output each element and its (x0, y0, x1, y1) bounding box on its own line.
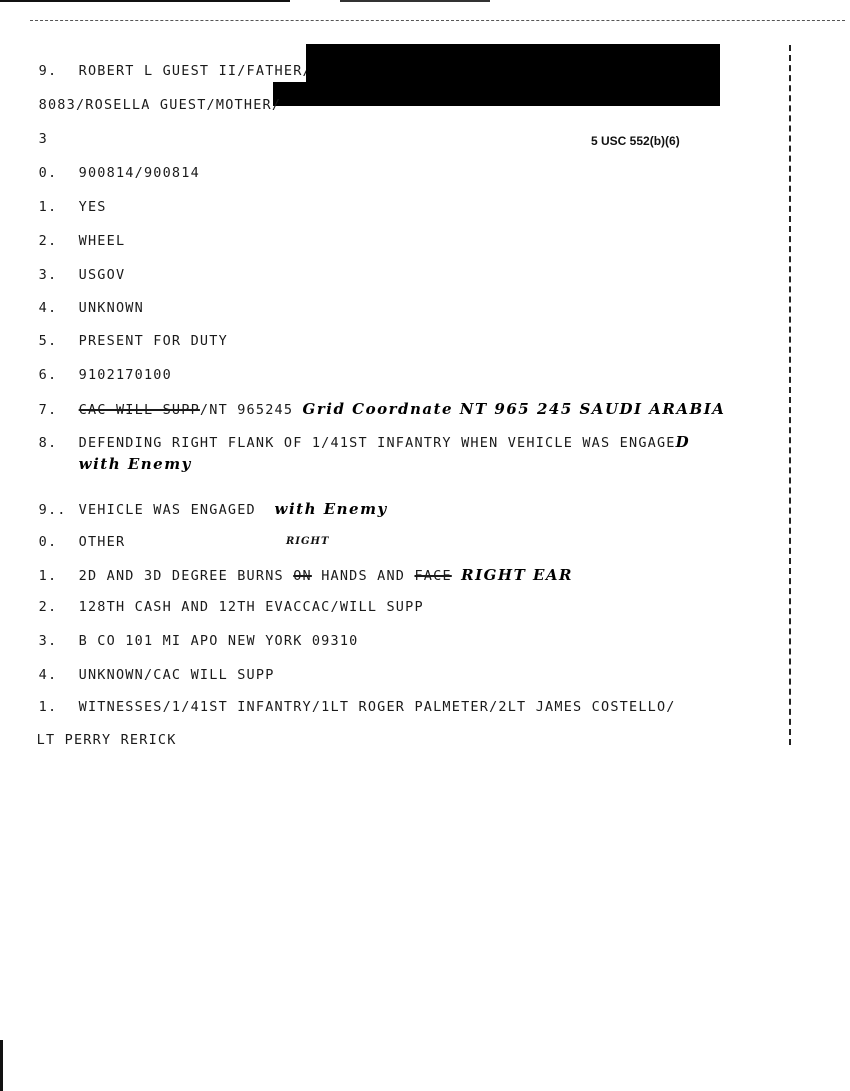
doc-line: 1.YES (20, 183, 107, 215)
line-text: ROBERT L GUEST II/FATHER/ (79, 63, 312, 79)
handwritten-insert: RIGHT (286, 536, 329, 547)
line-number: 5. (39, 333, 79, 349)
line-number: 7. (39, 402, 79, 418)
line-text: UNKNOWN (79, 300, 144, 316)
doc-line: 9.ROBERT L GUEST II/FATHER/ (20, 47, 312, 79)
handwritten-annotation: with Enemy (79, 455, 192, 473)
doc-line: 6.9102170100 (20, 351, 172, 383)
line-number: 9. (39, 63, 79, 79)
perforation-line (30, 20, 845, 21)
line-number: 2. (39, 233, 79, 249)
handwritten-annotation: D (676, 433, 691, 451)
line-text: HANDS AND (321, 568, 405, 584)
line-text: B CO 101 MI APO NEW YORK 09310 (79, 633, 359, 649)
line-number: 9.. (39, 502, 79, 518)
line-number: 1. (39, 699, 79, 715)
scan-edge-top (0, 0, 290, 2)
line-text: /NT 965245 (200, 402, 293, 418)
line-number: 1. (39, 199, 79, 215)
line-text: PRESENT FOR DUTY (79, 333, 228, 349)
line-text: YES (79, 199, 107, 215)
doc-line: 2.128TH CASH AND 12TH EVACCAC/WILL SUPP (20, 583, 424, 615)
line-number: 1. (39, 568, 79, 584)
doc-line: 9..VEHICLE WAS ENGAGED with Enemy (20, 484, 388, 518)
doc-line: LT PERRY RERICK (18, 716, 177, 748)
doc-line: 4.UNKNOWN/CAC WILL SUPP (20, 651, 275, 683)
scan-edge-top-2 (340, 0, 490, 2)
redaction-block (306, 44, 720, 106)
line-text: WHEEL (79, 233, 126, 249)
exemption-stamp: 5 USC 552(b)(6) (591, 134, 680, 148)
doc-line: with Enemy (60, 439, 192, 473)
line-number: 0. (39, 165, 79, 181)
line-number: 4. (39, 300, 79, 316)
doc-line: 2.WHEEL (20, 217, 125, 249)
doc-line: 5.PRESENT FOR DUTY (20, 317, 228, 349)
line-text: 900814/900814 (79, 165, 200, 181)
doc-line: 8083/ROSELLA GUEST/MOTHER/ (20, 81, 281, 113)
line-number: 0. (39, 534, 79, 550)
line-number: 6. (39, 367, 79, 383)
doc-line: 1.WITNESSES/1/41ST INFANTRY/1LT ROGER PA… (20, 683, 676, 715)
line-text: VEHICLE WAS ENGAGED (79, 502, 256, 518)
line-text: UNKNOWN/CAC WILL SUPP (79, 667, 275, 683)
doc-line: 3.B CO 101 MI APO NEW YORK 09310 (20, 617, 359, 649)
line-text: 2D AND 3D DEGREE BURNS (79, 568, 284, 584)
struck-text: FACE (414, 568, 451, 584)
line-number: 2. (39, 599, 79, 615)
doc-line: 0.900814/900814 (20, 149, 200, 181)
line-text: 128TH CASH AND 12TH EVACCAC/WILL SUPP (79, 599, 424, 615)
doc-line: 0.OTHER (20, 518, 125, 550)
scan-edge-left (0, 1040, 3, 1091)
doc-line: 1.2D AND 3D DEGREE BURNS ON HANDS AND FA… (20, 550, 573, 584)
struck-text: CAC WILL SUPP (79, 402, 200, 418)
doc-line: 3.USGOV (20, 251, 125, 283)
line-number: 3. (39, 267, 79, 283)
line-number: 3. (39, 633, 79, 649)
struck-text: ON (293, 568, 312, 584)
doc-line: 7.CAC WILL SUPP/NT 965245 Grid Coordnate… (20, 384, 725, 418)
doc-line: 4.UNKNOWN (20, 284, 144, 316)
doc-line: 3 (20, 115, 48, 147)
line-text: WITNESSES/1/41ST INFANTRY/1LT ROGER PALM… (79, 699, 676, 715)
handwritten-annotation: RIGHT EAR (461, 566, 573, 584)
line-text: LT PERRY RERICK (37, 732, 177, 748)
line-text: OTHER (79, 534, 126, 550)
handwritten-annotation: Grid Coordnate NT 965 245 SAUDI ARABIA (303, 400, 726, 418)
handwritten-annotation: with Enemy (275, 500, 388, 518)
line-text: 9102170100 (79, 367, 172, 383)
perforation-vertical (789, 45, 791, 745)
line-text: USGOV (79, 267, 126, 283)
line-number: 4. (39, 667, 79, 683)
line-number: 3 (39, 131, 48, 147)
line-text: 8083/ROSELLA GUEST/MOTHER/ (39, 97, 282, 113)
